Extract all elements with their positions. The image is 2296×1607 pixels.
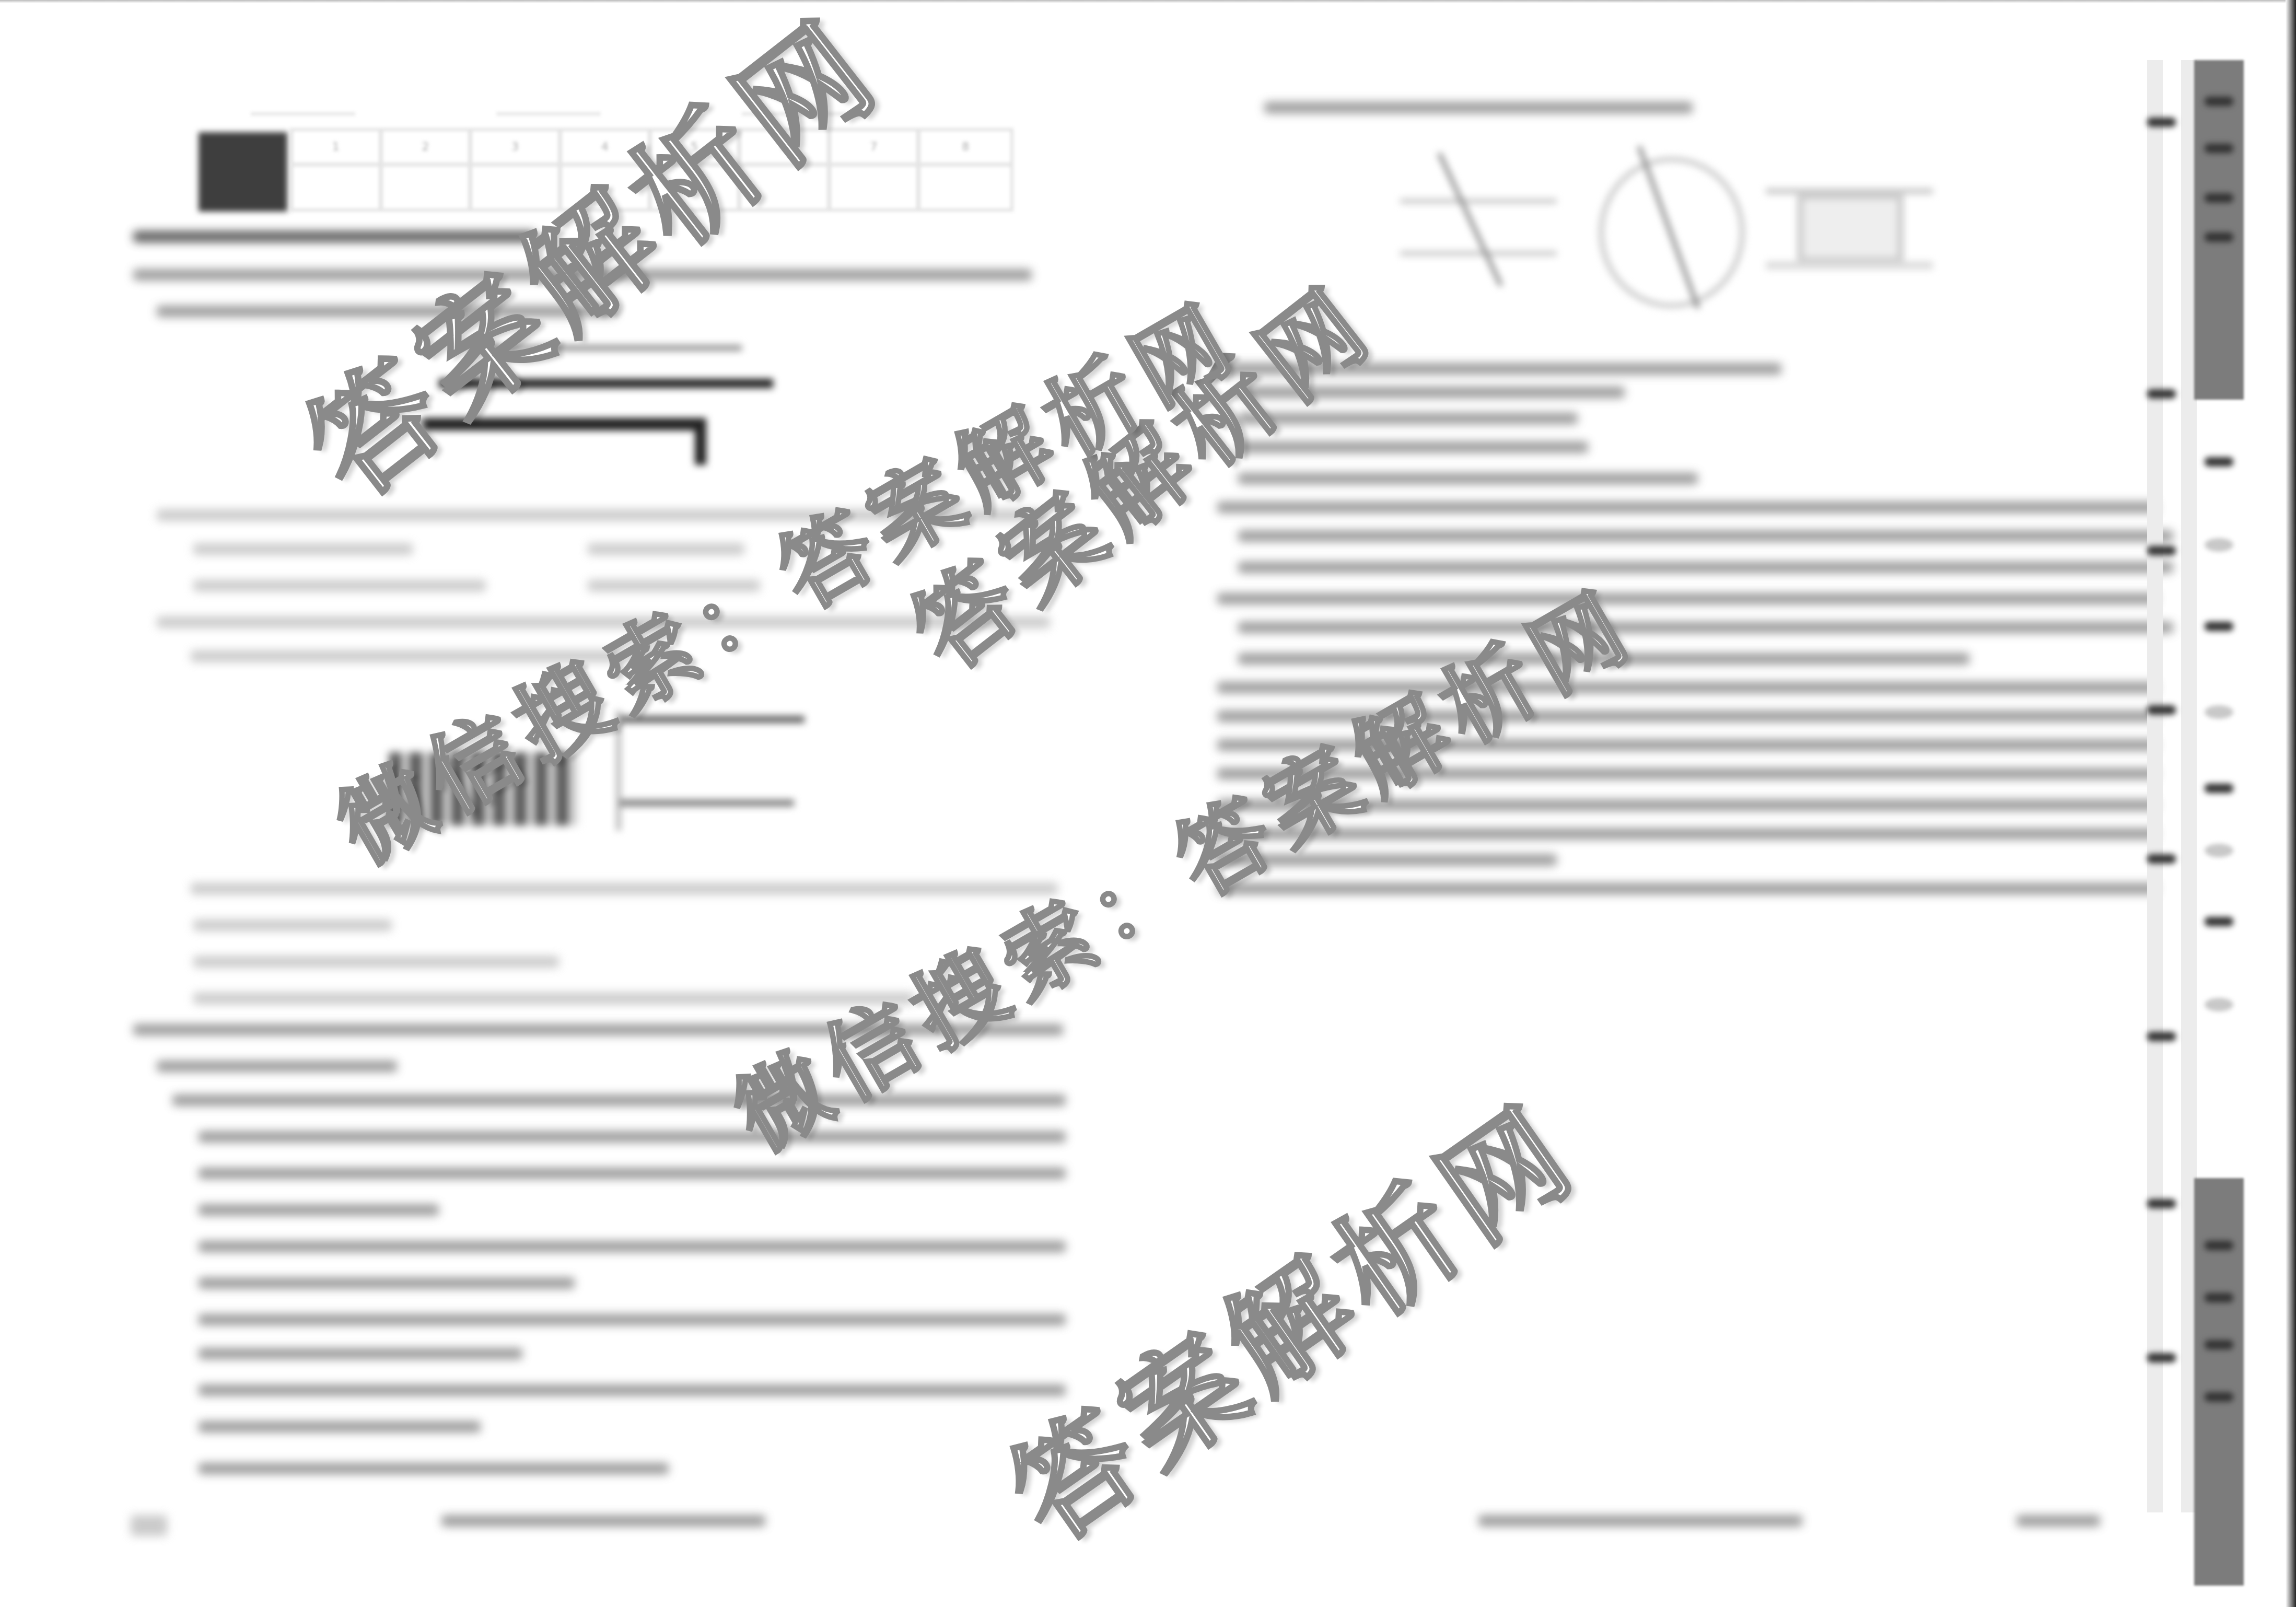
score-cell: 8 [920, 131, 1010, 208]
page-number-left [131, 1515, 167, 1536]
binding-strip [2131, 60, 2231, 1512]
binding-dark-block-bottom [2194, 1178, 2244, 1586]
footer-center-left [441, 1515, 765, 1527]
score-cell: 1 [293, 131, 383, 208]
footer-right [2017, 1515, 2100, 1527]
optics-figure-3 [1766, 188, 1938, 293]
page-binding-shadow [2286, 0, 2296, 1607]
score-cell: 2 [383, 131, 473, 208]
footer-center-right [1478, 1515, 1802, 1527]
optics-figure-1 [1390, 146, 1567, 303]
score-table-header [199, 132, 287, 212]
optics-figure-2 [1593, 141, 1750, 313]
binding-dark-block-top [2194, 60, 2244, 400]
